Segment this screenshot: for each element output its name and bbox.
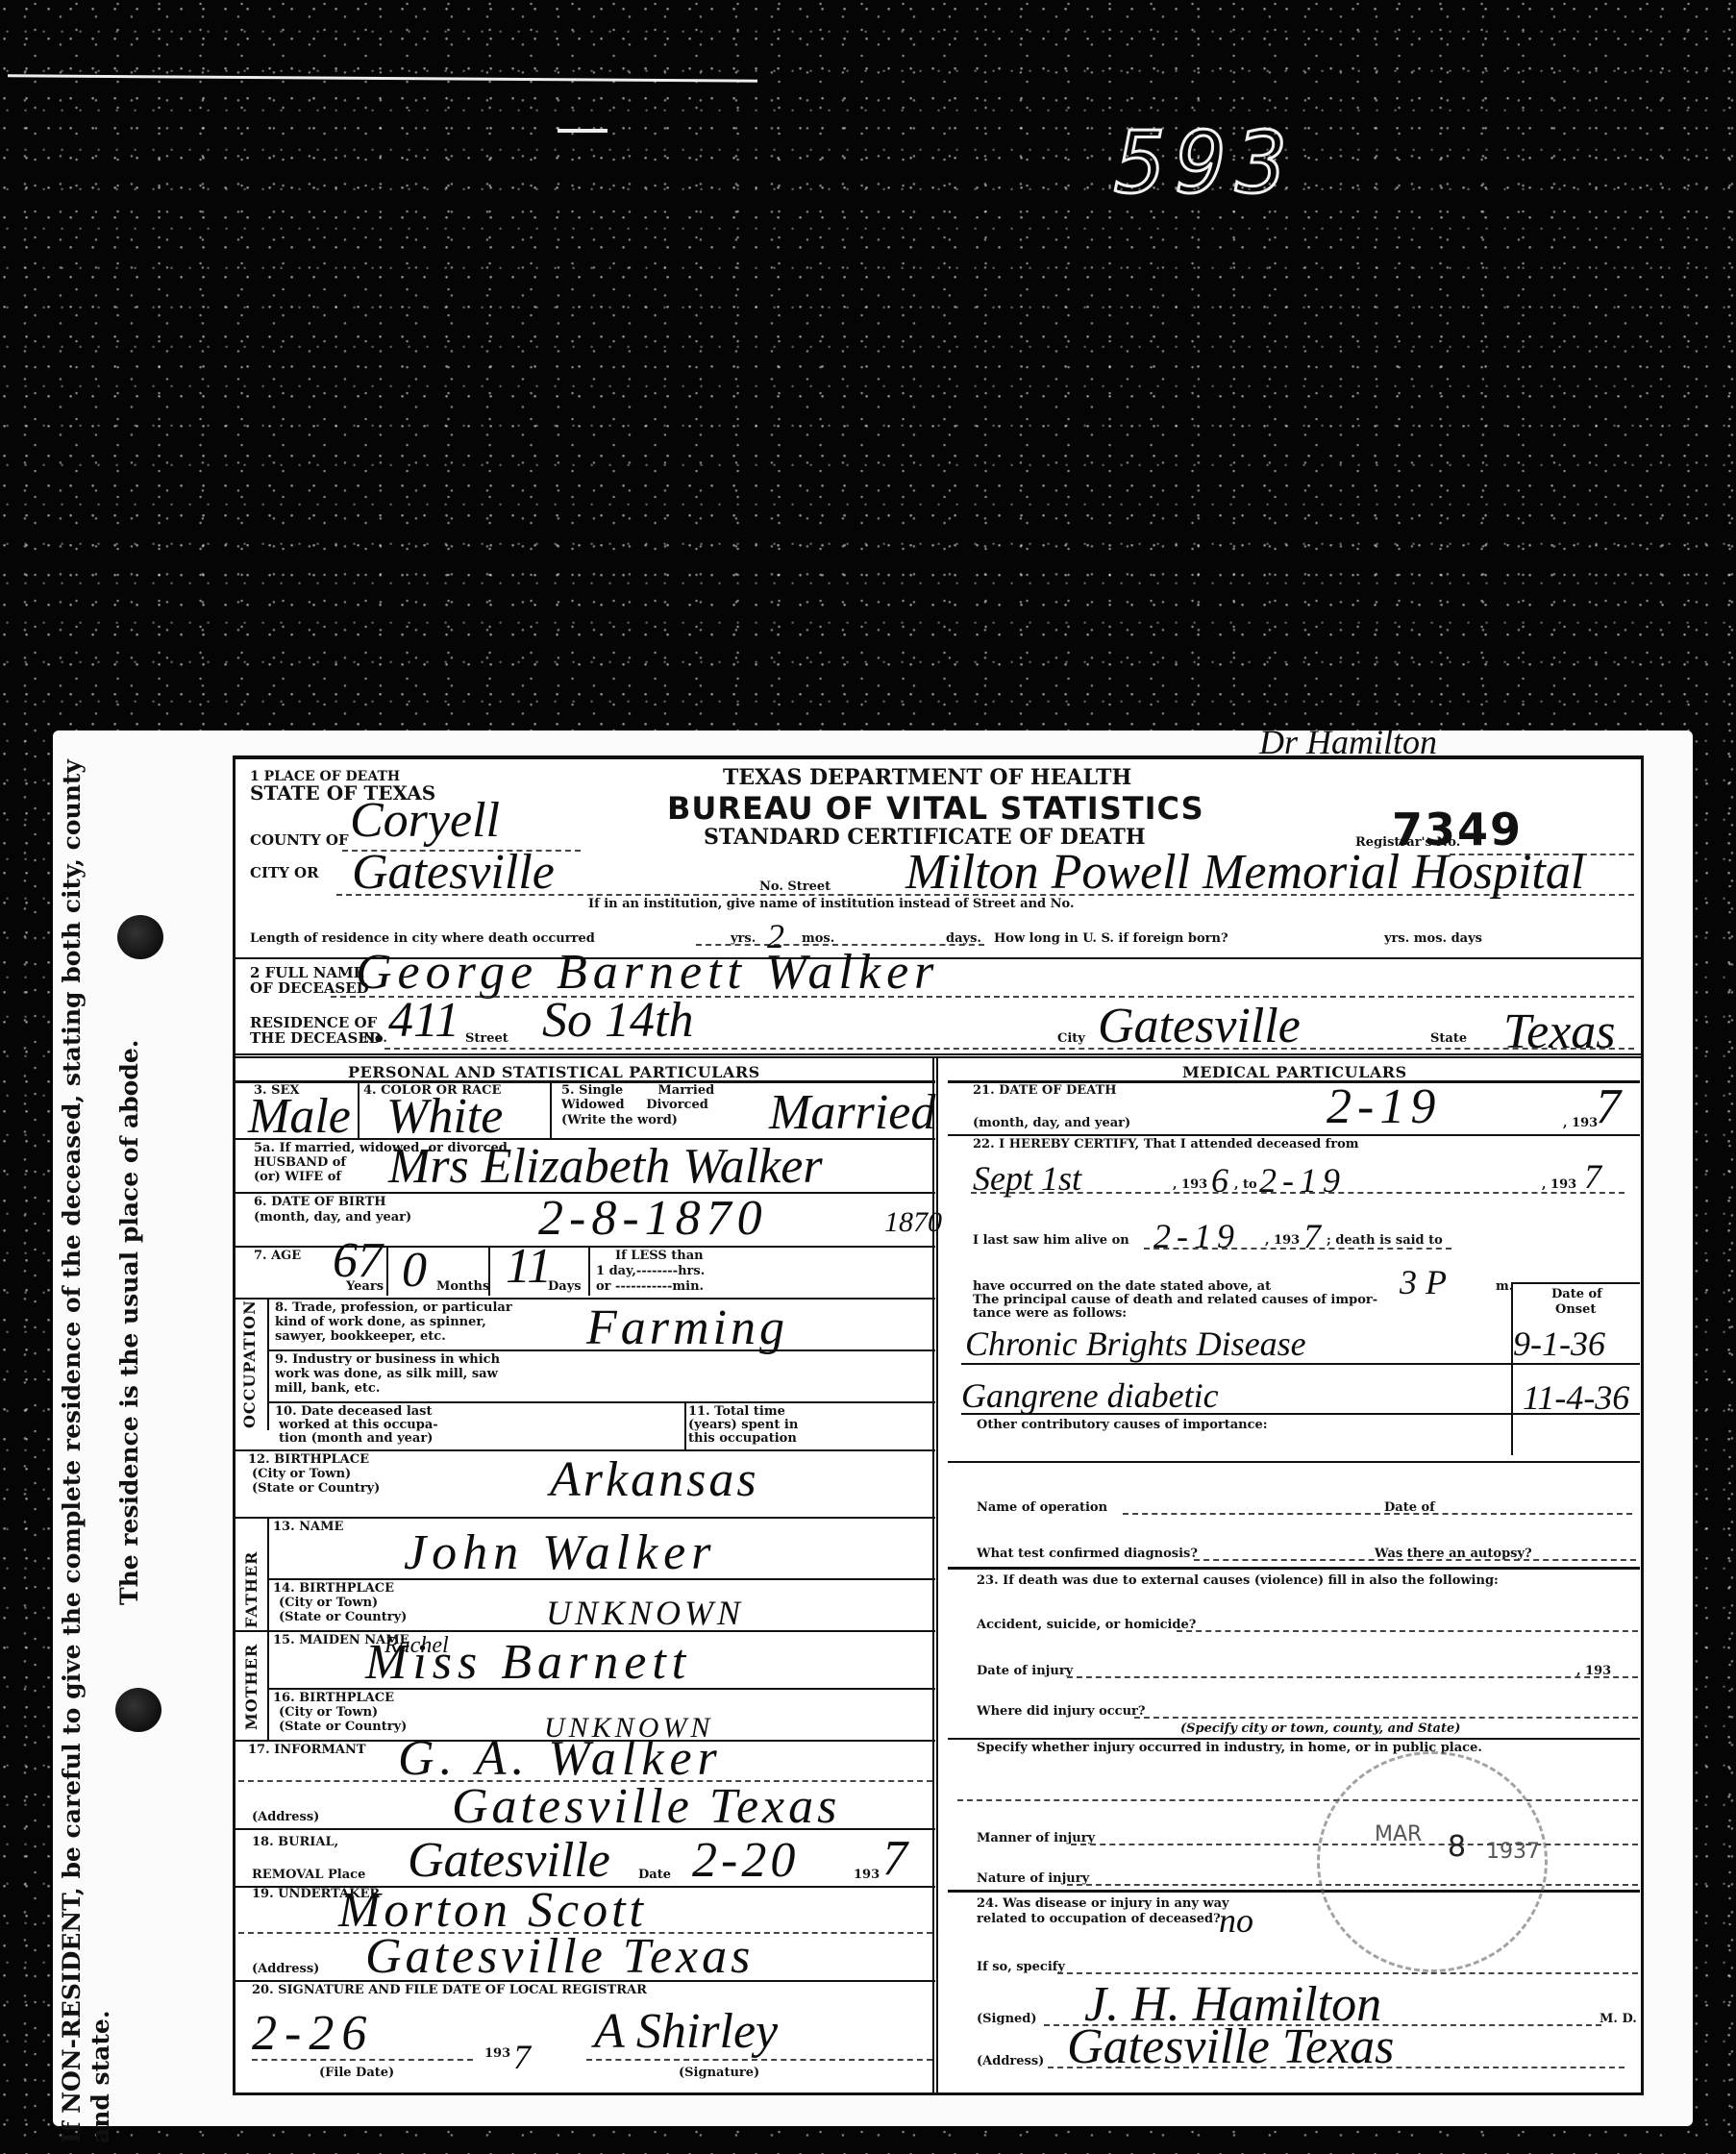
- marital-label: Widowed Divorced: [561, 1099, 708, 1112]
- cell-divider: [588, 1248, 590, 1296]
- county-value: Coryell: [350, 800, 500, 842]
- cell-divider: [267, 1630, 269, 1740]
- mother-birthplace-label: (State or Country): [279, 1721, 407, 1734]
- residence-length-label: Length of residence in city where death …: [250, 932, 595, 946]
- residence-city: Gatesville: [1098, 1005, 1301, 1048]
- undertaker-address: Gatesville Texas: [365, 1936, 754, 1978]
- birthplace-label: 12. BIRTHPLACE: [248, 1453, 369, 1467]
- stamp-day: 8: [1448, 1830, 1466, 1864]
- injury-date-label: Date of injury: [977, 1665, 1073, 1678]
- mother-maiden-name: Miss Barnett: [365, 1642, 691, 1684]
- operation-label: Name of operation: [977, 1501, 1107, 1515]
- dotted-line: [1057, 1972, 1638, 1974]
- mother-vertical-label: MOTHER: [242, 1644, 260, 1730]
- file-date: 2-26: [252, 2013, 374, 2055]
- divider: [948, 1567, 1640, 1570]
- age-label: 7. AGE: [254, 1250, 301, 1263]
- divider: [236, 1980, 935, 1982]
- dotted-line: [957, 1799, 1638, 1801]
- date-of-death-label: 21. DATE OF DEATH: [973, 1084, 1117, 1098]
- institution-note: If in an institution, give name of insti…: [588, 898, 1075, 911]
- dotted-line: [1134, 1717, 1638, 1719]
- divider: [267, 1688, 935, 1690]
- informant-label: 17. INFORMANT: [248, 1744, 366, 1757]
- death-year-prefix: , 193: [1563, 1117, 1598, 1130]
- months-label: Months: [436, 1280, 489, 1294]
- total-time-label: (years) spent in: [688, 1419, 798, 1432]
- foreign-born-tail: yrs. mos. days: [1384, 932, 1482, 946]
- divider: [948, 1134, 1640, 1136]
- attended-from-year-prefix: , 193: [1173, 1178, 1207, 1192]
- spouse-label: HUSBAND of: [254, 1156, 346, 1170]
- injury-where-note: (Specify city or town, county, and State…: [1180, 1722, 1460, 1736]
- divider: [236, 1828, 935, 1830]
- foreign-born-label: How long in U. S. if foreign born?: [994, 932, 1228, 946]
- to-label: , to: [1234, 1178, 1257, 1192]
- father-birthplace: Unknown: [546, 1592, 744, 1634]
- last-worked-label: tion (month and year): [279, 1432, 433, 1446]
- date-of-death-label: (month, day, and year): [973, 1117, 1130, 1130]
- divider: [236, 1517, 935, 1519]
- dotted-line: [1067, 1676, 1638, 1678]
- spouse-value: Mrs Elizabeth Walker: [388, 1146, 823, 1188]
- birthplace-value: Arkansas: [550, 1459, 759, 1501]
- divider: [267, 1578, 935, 1580]
- time-of-death: 3 P: [1400, 1261, 1447, 1303]
- less-than-label: 1 day,--------hrs.: [596, 1265, 705, 1278]
- state-label: State: [1430, 1032, 1467, 1046]
- last-saw-year-prefix: , 193: [1265, 1234, 1300, 1248]
- industry-label: mill, bank, etc.: [275, 1382, 380, 1396]
- dotted-line: [1048, 2067, 1624, 2068]
- trade-label: 8. Trade, profession, or particular: [275, 1301, 512, 1315]
- attended-to-year-digit: 7: [1584, 1155, 1601, 1198]
- divider: [948, 1461, 1640, 1463]
- birthplace-label: (City or Town): [252, 1468, 351, 1481]
- mother-birthplace-label: 16. BIRTHPLACE: [273, 1692, 394, 1705]
- personal-section-title: PERSONAL AND STATISTICAL PARTICULARS: [348, 1063, 760, 1081]
- undertaker-address-label: (Address): [252, 1963, 319, 1976]
- father-name: John Walker: [404, 1532, 716, 1574]
- burial-place: Gatesville: [408, 1840, 610, 1882]
- cell-divider: [267, 1298, 269, 1430]
- less-than-label: If LESS than: [615, 1250, 932, 1263]
- burial-label: REMOVAL Place: [252, 1869, 365, 1882]
- cause-1-onset: 9-1-36: [1513, 1323, 1605, 1365]
- physician-address: Gatesville Texas: [1067, 2026, 1394, 2068]
- days-label: Days: [548, 1280, 582, 1294]
- years-label: Years: [346, 1280, 384, 1294]
- stamp-year: 1937: [1486, 1840, 1540, 1864]
- burial-date: 2-20: [692, 1840, 799, 1882]
- dob-label: (month, day, and year): [254, 1211, 411, 1225]
- divider: [961, 1413, 1640, 1415]
- dotted-line: [1123, 1513, 1632, 1515]
- street-label: Street: [465, 1032, 508, 1046]
- bureau-title: BUREAU OF VITAL STATISTICS: [667, 790, 1204, 827]
- date-of-death: 2-19: [1327, 1086, 1441, 1128]
- operation-date-label: Date of: [1384, 1501, 1435, 1515]
- cause-2: Gangrene diabetic: [961, 1374, 1219, 1417]
- marital-value: Married: [769, 1092, 935, 1134]
- other-causes-label: Other contributory causes of importance:: [977, 1419, 1268, 1432]
- occupation-vertical-label: OCCUPATION: [240, 1300, 259, 1428]
- dob-value: 2-8-1870: [538, 1198, 768, 1240]
- city-label: City: [1057, 1032, 1085, 1046]
- last-worked-label: 10. Date deceased last: [275, 1405, 433, 1419]
- registrar-signature: A Shirley: [594, 2011, 778, 2053]
- signed-label: (Signed): [977, 2013, 1037, 2026]
- residence-label-2: THE DECEASED: [250, 1030, 382, 1046]
- onset-header: Onset: [1555, 1303, 1596, 1317]
- last-saw-label: I last saw him alive on: [973, 1234, 1129, 1248]
- burial-date-label: Date: [638, 1869, 671, 1882]
- certify-label: 22. I HEREBY CERTIFY, That I attended de…: [973, 1138, 1359, 1151]
- residence-number: 411: [388, 1000, 459, 1042]
- undertaker-name: Morton Scott: [338, 1890, 647, 1932]
- margin-line-2: The residence is the usual place of abod…: [115, 740, 144, 2143]
- industry-label: 9. Industry or business in which: [275, 1353, 500, 1367]
- age-days: 11: [506, 1246, 552, 1288]
- cell-divider: [267, 1517, 269, 1630]
- last-worked-label: worked at this occupa-: [279, 1419, 438, 1432]
- onset-header: Date of: [1551, 1288, 1602, 1301]
- dotted-line: [252, 2059, 473, 2061]
- occupation-related-label: 24. Was disease or injury in any way: [977, 1897, 1229, 1911]
- father-birthplace-label: (City or Town): [279, 1597, 378, 1610]
- divider: [948, 1738, 1640, 1740]
- race-value: White: [386, 1096, 503, 1138]
- attended-to-year-prefix: , 193: [1542, 1178, 1576, 1192]
- marital-label: 5. Single Married: [561, 1084, 714, 1098]
- burial-year-digit: 7: [882, 1838, 907, 1880]
- file-date-label: (File Date): [319, 2067, 394, 2080]
- physician-address-label: (Address): [977, 2055, 1044, 2068]
- film-mark: [558, 129, 608, 133]
- registrar-signature-label: 20. SIGNATURE AND FILE DATE OF LOCAL REG…: [252, 1984, 647, 1997]
- county-label: COUNTY OF: [250, 832, 349, 848]
- marital-label: (Write the word): [561, 1114, 678, 1127]
- file-year-digit: 7: [513, 2036, 531, 2078]
- father-birthplace-label: 14. BIRTHPLACE: [273, 1582, 394, 1596]
- father-vertical-label: FATHER: [242, 1551, 260, 1628]
- yrs-label: yrs.: [731, 932, 756, 946]
- spouse-label: (or) WIFE of: [254, 1171, 341, 1184]
- attended-from-year-digit: 6: [1211, 1159, 1228, 1201]
- attended-to: 2-19: [1259, 1159, 1346, 1201]
- occurred-label: have occurred on the date stated above, …: [973, 1280, 1271, 1294]
- dotted-line: [1177, 1630, 1638, 1632]
- margin-instructions: If NON-RESIDENT, be careful to give the …: [58, 740, 144, 2143]
- margin-line-1: If NON-RESIDENT, be careful to give the …: [58, 740, 115, 2143]
- death-said-label: ; death is said to: [1327, 1234, 1443, 1248]
- dotted-line: [384, 1048, 1634, 1050]
- total-time-label: this occupation: [688, 1432, 797, 1446]
- informant-name: G. A. Walker: [398, 1738, 723, 1780]
- trade-label: kind of work done, as spinner,: [275, 1316, 486, 1329]
- stamp-month: MAR: [1375, 1822, 1422, 1846]
- dotted-line: [331, 996, 1634, 998]
- city-value: Gatesville: [352, 852, 555, 894]
- days-label: days.: [946, 932, 981, 946]
- cause-label: The principal cause of death and related…: [973, 1294, 1377, 1307]
- dotted-line: [586, 2059, 932, 2061]
- cell-divider: [386, 1248, 388, 1296]
- no-label: No.: [363, 1032, 387, 1046]
- divider: [267, 1349, 935, 1351]
- occupation-related-label: related to occupation of deceased?: [977, 1913, 1221, 1926]
- mos-label: mos.: [802, 932, 834, 946]
- age-months: 0: [402, 1250, 427, 1292]
- street-value: Milton Powell Memorial Hospital: [905, 852, 1584, 894]
- total-time-label: 11. Total time: [688, 1405, 785, 1419]
- divider: [267, 1401, 935, 1403]
- file-year-prefix: 193: [484, 2047, 510, 2061]
- occupation-related-value: no: [1219, 1899, 1253, 1942]
- street-label: No. Street: [759, 880, 831, 894]
- divider: [236, 1298, 935, 1300]
- birthplace-label: (State or Country): [252, 1482, 380, 1496]
- dob-label: 6. DATE OF BIRTH: [254, 1196, 386, 1209]
- cause-1: Chronic Brights Disease: [965, 1323, 1306, 1365]
- accident-label: Accident, suicide, or homicide?: [977, 1619, 1196, 1632]
- cause-label: tance were as follows:: [973, 1307, 1127, 1321]
- cell-divider: [358, 1082, 360, 1138]
- mother-birthplace-label: (City or Town): [279, 1706, 378, 1720]
- section-divider: [236, 1053, 1641, 1058]
- sex-value: Male: [248, 1096, 351, 1138]
- injury-where-label: Where did injury occur?: [977, 1705, 1146, 1719]
- divider: [236, 1449, 935, 1451]
- dotted-line: [1144, 1248, 1451, 1250]
- cell-divider: [684, 1403, 686, 1449]
- less-than-label: or -----------min.: [596, 1280, 704, 1294]
- full-name-label-1: 2 FULL NAME: [250, 965, 364, 980]
- deceased-full-name: George Barnett Walker: [356, 952, 939, 994]
- signature-label: (Signature): [679, 2067, 759, 2080]
- residence-label-1: RESIDENCE OF: [250, 1015, 377, 1030]
- father-birthplace-label: (State or Country): [279, 1611, 407, 1624]
- death-year-digit: 7: [1596, 1086, 1621, 1128]
- dob-correction: 1870: [884, 1201, 942, 1244]
- industry-label: work was done, as silk mill, saw: [275, 1368, 498, 1381]
- frame-number: 593: [1115, 113, 1297, 212]
- injury-year-label: , 193: [1576, 1665, 1611, 1678]
- burial-year-prefix: 193: [854, 1869, 880, 1882]
- divider: [961, 1363, 1640, 1365]
- specify-label: If so, specify: [977, 1961, 1065, 1974]
- last-saw-year-digit: 7: [1303, 1215, 1321, 1257]
- trade-label: sawyer, bookkeeper, etc.: [275, 1330, 446, 1344]
- informant-address-label: (Address): [252, 1811, 319, 1824]
- divider: [236, 1630, 935, 1632]
- md-label: M. D.: [1600, 2013, 1637, 2026]
- full-name-label-2: OF DECEASED: [250, 980, 369, 996]
- residence-street: So 14th: [542, 1000, 693, 1042]
- autopsy-label: Was there an autopsy?: [1375, 1547, 1532, 1561]
- cell-divider: [488, 1248, 490, 1296]
- divider: [1511, 1282, 1640, 1284]
- informant-address: Gatesville Texas: [452, 1786, 840, 1828]
- onset-column-divider: [1511, 1282, 1513, 1455]
- external-causes-label: 23. If death was due to external causes …: [977, 1574, 1499, 1588]
- last-saw-date: 2-19: [1153, 1215, 1240, 1257]
- city-label: CITY OR: [250, 865, 319, 880]
- father-name-label: 13. NAME: [273, 1521, 343, 1534]
- burial-label: 18. BURIAL,: [252, 1836, 338, 1849]
- cell-divider: [550, 1082, 552, 1138]
- age-years: 67: [333, 1240, 383, 1282]
- department-title: TEXAS DEPARTMENT OF HEALTH: [723, 765, 1131, 790]
- diagnosis-label: What test confirmed diagnosis?: [977, 1547, 1198, 1561]
- trade-value: Farming: [586, 1307, 788, 1349]
